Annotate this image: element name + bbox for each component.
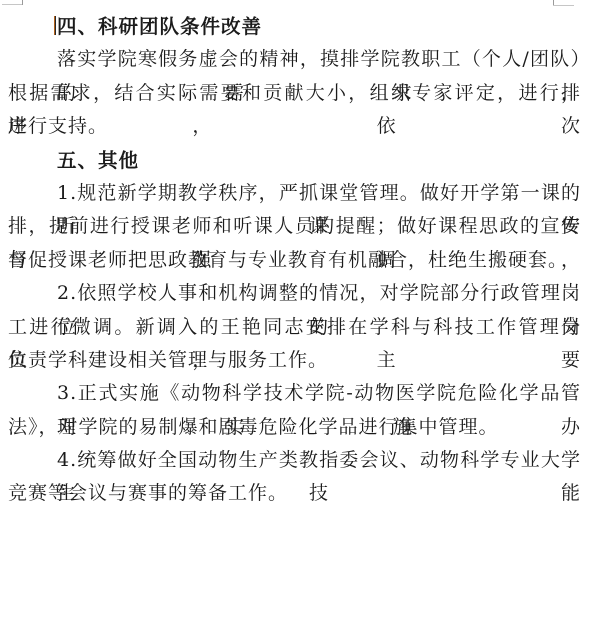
crop-mark-top-left-vertical [22, 0, 23, 5]
document-page: 四、科研团队条件改善 落实学院寒假务虚会的精神，摸排学院教职工（个人/团队）的需… [0, 0, 589, 618]
crop-mark-top-right-horizontal [553, 5, 574, 6]
paragraph-line: 排，提前进行授课老师和听课人员的提醒；做好课程思政的宣传与强调， [8, 210, 581, 243]
paragraph-line: 督促授课老师把思政教育与专业教育有机融合，杜绝生搬硬套。 [8, 244, 581, 277]
paragraph-line: 工进行微调。新调入的王艳同志安排在学科与科技工作管理岗位，主要 [8, 311, 581, 344]
paragraph-line: 根据需求，结合实际需要和贡献大小，组织专家评定，进行排序，依次 [8, 77, 581, 110]
paragraph-line: 1.规范新学期教学秩序，严抓课堂管理。做好开学第一课的听课安 [8, 177, 581, 210]
paragraph-line: 落实学院寒假务虚会的精神，摸排学院教职工（个人/团队）的需求， [8, 43, 581, 76]
paragraph-line: 法》，对学院的易制爆和剧毒危险化学品进行集中管理。 [8, 411, 581, 444]
section-heading-5: 五、其他 [8, 144, 581, 177]
section-heading-4: 四、科研团队条件改善 [8, 10, 581, 43]
paragraph-line: 3.正式实施《动物科学技术学院-动物医学院危险化学品管理实施办 [8, 377, 581, 410]
crop-mark-top-left-horizontal [2, 4, 22, 5]
document-body: 四、科研团队条件改善 落实学院寒假务虚会的精神，摸排学院教职工（个人/团队）的需… [8, 10, 581, 511]
paragraph-line: 4.统筹做好全国动物生产类教指委会议、动物科学专业大学生技能 [8, 444, 581, 477]
paragraph-line: 2.依照学校人事和机构调整的情况，对学院部分行政管理岗位的分 [8, 277, 581, 310]
